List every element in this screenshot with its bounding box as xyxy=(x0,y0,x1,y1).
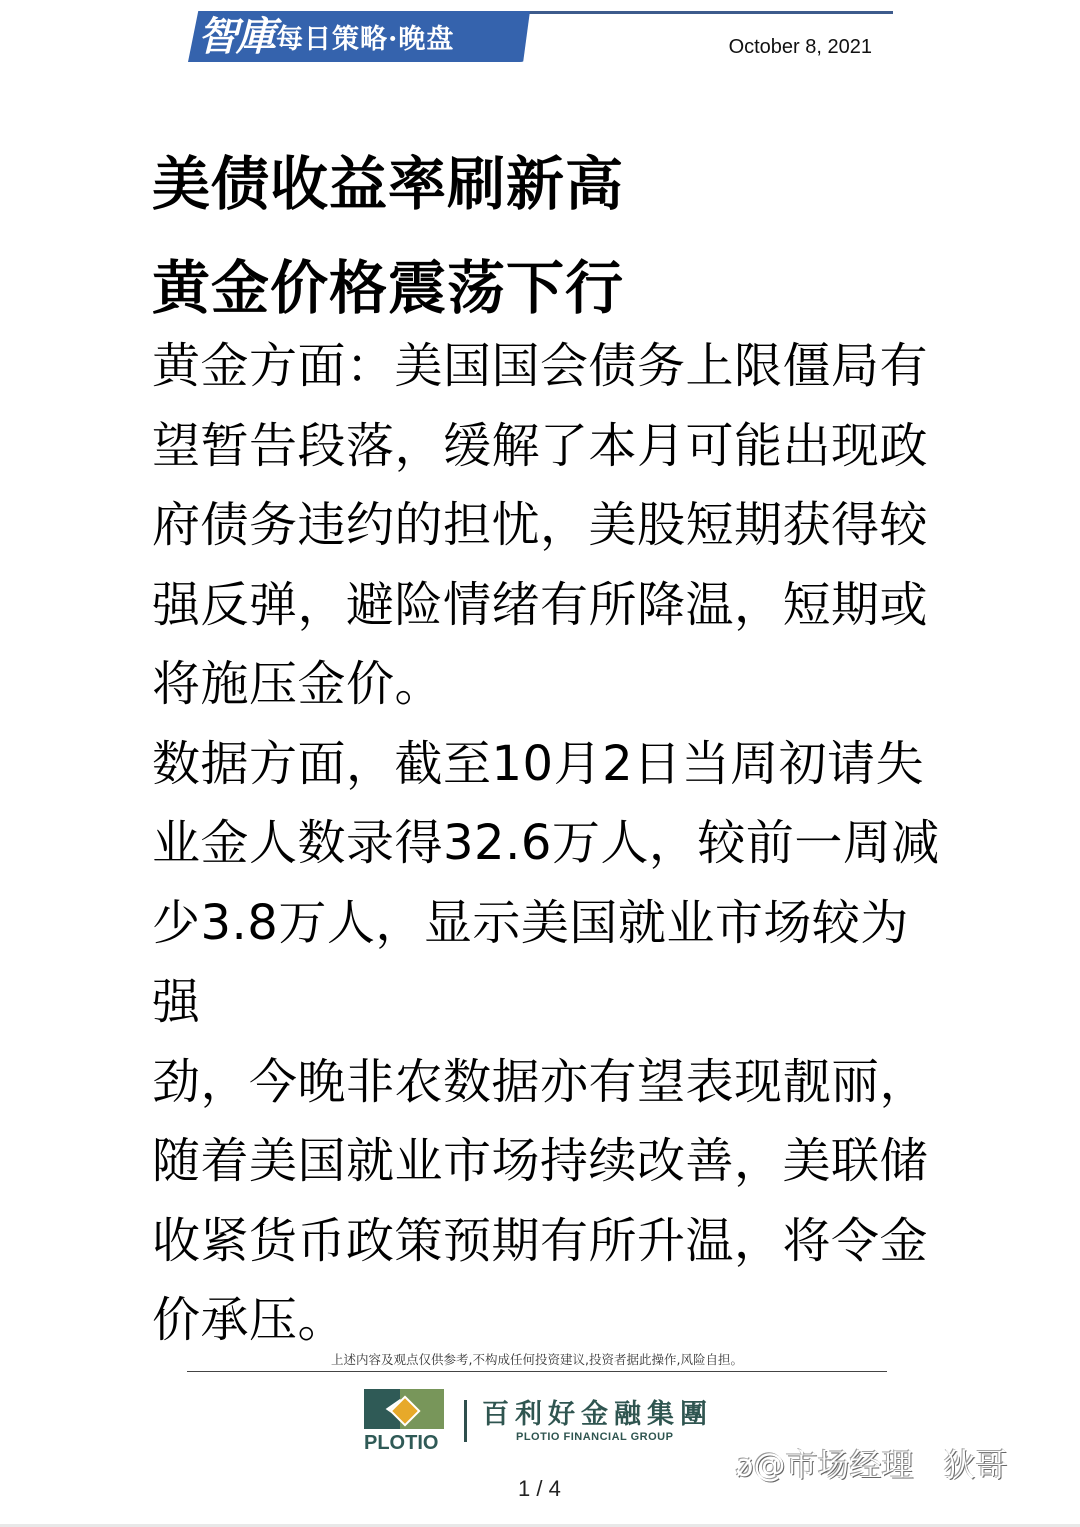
header-rule xyxy=(520,11,893,14)
text-line: 少3.8万人，显示美国就业市场较为强 xyxy=(152,884,942,1043)
text-line: 价承压。 xyxy=(152,1281,942,1361)
text-line: 黄金方面：美国国会债务上限僵局有 xyxy=(152,327,942,407)
company-name-cn: 百利好金融集團 xyxy=(482,1399,713,1431)
plotio-logo: PLOTIO xyxy=(364,1389,446,1453)
disclaimer: 上述内容及观点仅供参考,不构成任何投资建议,投资者据此操作,风险自担。 xyxy=(187,1351,887,1372)
title-line-2: 黄金价格震荡下行 xyxy=(152,236,624,340)
banner-subtitle: 每日策略·晚盘 xyxy=(276,18,454,62)
text-line: 收紧货币政策预期有所升温，将令金 xyxy=(152,1202,942,1282)
header-banner: 智庫 每日策略·晚盘 xyxy=(188,11,530,62)
logo-divider xyxy=(464,1400,467,1442)
text-line: 将施压金价。 xyxy=(152,645,942,725)
title-line-1: 美债收益率刷新高 xyxy=(152,132,624,236)
report-date: October 8, 2021 xyxy=(729,36,872,59)
watermark: ꬿ@市场经理狄哥 xyxy=(735,1440,1008,1486)
paragraph-gold: 黄金方面：美国国会债务上限僵局有 望暂告段落，缓解了本月可能出现政 府债务违约的… xyxy=(152,327,942,725)
text-line: 数据方面，截至10月2日当周初请失 xyxy=(152,725,942,805)
text-line: 府债务违约的担忧，美股短期获得较 xyxy=(152,486,942,566)
banner-brand: 智庫 xyxy=(198,12,274,62)
text-line: 业金人数录得32.6万人，较前一周减 xyxy=(152,804,942,884)
article-body: 黄金方面：美国国会债务上限僵局有 望暂告段落，缓解了本月可能出现政 府债务违约的… xyxy=(152,327,942,1361)
text-line: 随着美国就业市场持续改善，美联储 xyxy=(152,1122,942,1202)
watermark-name: 狄哥 xyxy=(944,1446,1008,1484)
page-title: 美债收益率刷新高 黄金价格震荡下行 xyxy=(152,132,624,340)
company-name: 百利好金融集團 PLOTIO FINANCIAL GROUP xyxy=(482,1399,713,1443)
text-line: 强反弹，避险情绪有所降温，短期或 xyxy=(152,566,942,646)
plotio-logo-icon xyxy=(364,1389,444,1431)
text-line: 望暂告段落，缓解了本月可能出现政 xyxy=(152,407,942,487)
paragraph-data: 数据方面，截至10月2日当周初请失 业金人数录得32.6万人，较前一周减 少3.… xyxy=(152,725,942,1361)
company-name-en: PLOTIO FINANCIAL GROUP xyxy=(516,1431,713,1443)
text-line: 劲，今晚非农数据亦有望表现靓丽， xyxy=(152,1043,942,1123)
logo-wordmark: PLOTIO xyxy=(364,1432,446,1455)
weibo-icon: ꬿ xyxy=(735,1446,754,1484)
watermark-handle: @市场经理 xyxy=(754,1446,914,1484)
page-indicator: 1 / 4 xyxy=(518,1476,561,1502)
